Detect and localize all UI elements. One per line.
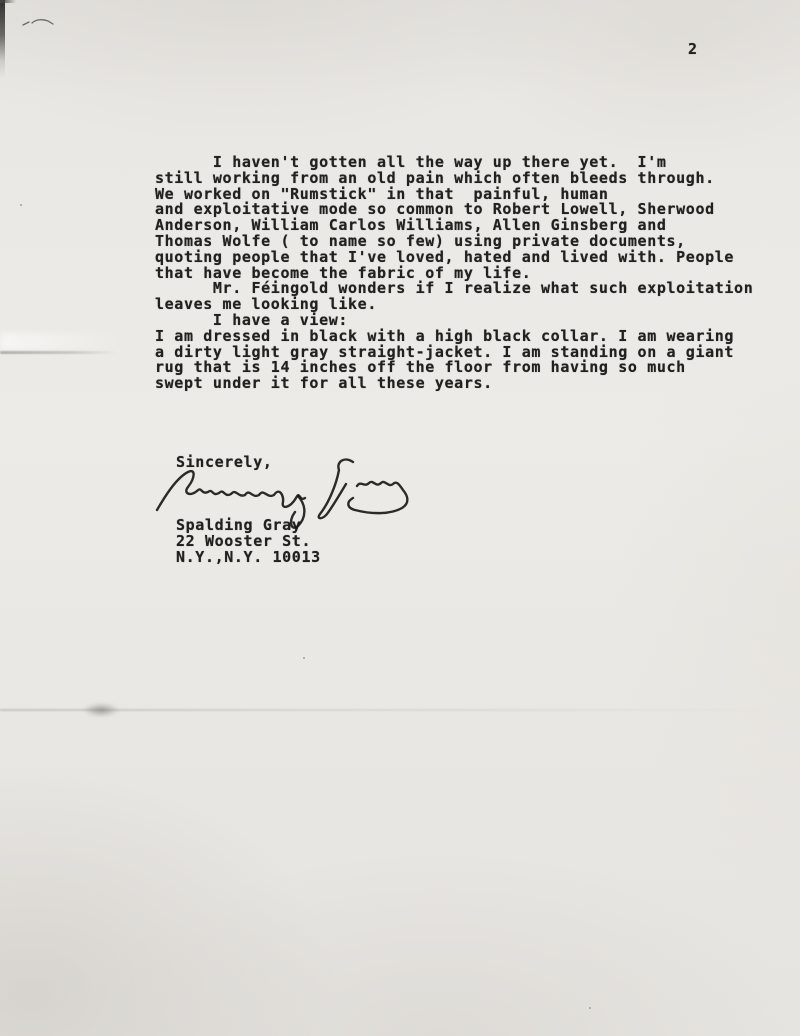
page-number: 2	[688, 42, 698, 58]
paper-speckle	[20, 204, 22, 206]
ink-smudge	[83, 703, 119, 717]
fold-crease-upper	[0, 351, 116, 354]
scan-edge-artifact-top	[0, 0, 16, 3]
letter-body: I haven't gotten all the way up there ye…	[155, 155, 753, 392]
paper-speckle	[303, 657, 305, 659]
paper-speckle	[589, 1007, 591, 1009]
paper-light-patch	[0, 333, 125, 350]
scanned-letter-page: 2 I haven't gotten all the way up there …	[0, 0, 800, 1036]
pen-scribble-mark	[20, 15, 56, 31]
handwritten-signature	[150, 448, 450, 543]
signer-address-city: N.Y.,N.Y. 10013	[176, 550, 321, 566]
scan-edge-artifact	[0, 0, 5, 78]
